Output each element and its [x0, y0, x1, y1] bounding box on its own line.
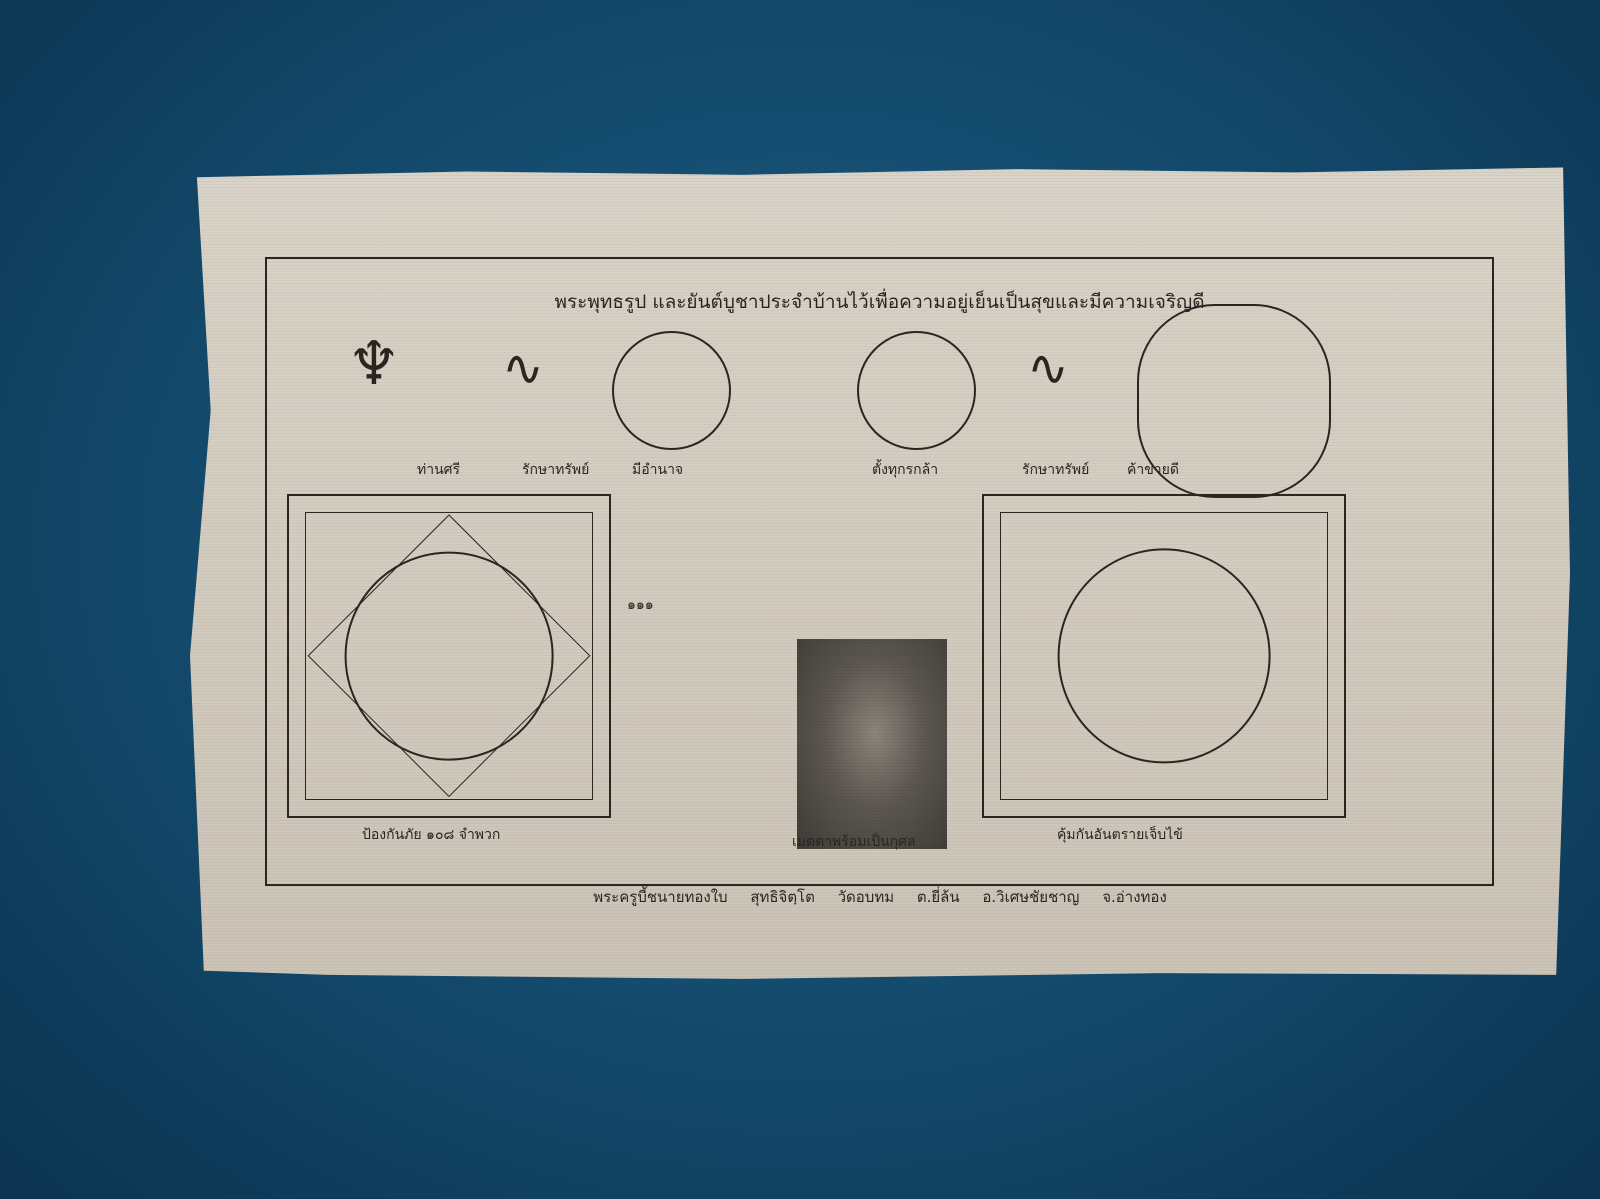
label-left-yantra: ป้องกันภัย ๑๐๘ จำพวก [362, 824, 500, 846]
tiger-seal-right [857, 331, 976, 450]
label-raksa-sap-left: รักษาทรัพย์ [522, 459, 589, 481]
cloth-title: พระพุทธรูป และยันต์บูชาประจำบ้านไว้เพื่อ… [267, 287, 1492, 317]
lizard-figure-left: ∿ [502, 339, 544, 397]
yantra-cloth: พระพุทธรูป และยันต์บูชาประจำบ้านไว้เพื่อ… [190, 165, 1570, 983]
label-tan-sri: ท่านศรี [417, 459, 460, 481]
label-raksa-sap-right: รักษาทรัพย์ [1022, 459, 1089, 481]
label-tang-thuk: ตั้งทุกรกล้า [872, 459, 938, 481]
lotus-deity-emblem [1137, 304, 1331, 498]
tiger-seal-left [612, 331, 731, 450]
protection-yantra-right [982, 494, 1346, 818]
print-frame: พระพุทธรูป และยันต์บูชาประจำบ้านไว้เพื่อ… [265, 257, 1494, 886]
cloth-footer: พระครูบี้ชนายทองใบ สุทธิจิตฺโต วัดอบทม ต… [190, 885, 1570, 909]
monk-portrait [797, 639, 947, 849]
protection-yantra-left [287, 494, 611, 818]
flag-number: ๑๑๑ [627, 594, 654, 616]
lizard-figure-right: ∿ [1027, 339, 1069, 397]
label-mi-amnat: มีอำนาจ [632, 459, 683, 481]
label-kha-khai-di: ค้าขายดี [1127, 459, 1179, 481]
label-right-yantra: คุ้มกันอันตรายเจ็บไข้ [1057, 824, 1183, 846]
label-photo: เมตตาพร้อมเป็นกุศล [792, 831, 916, 853]
deity-figure-left: ♆ [347, 329, 401, 399]
